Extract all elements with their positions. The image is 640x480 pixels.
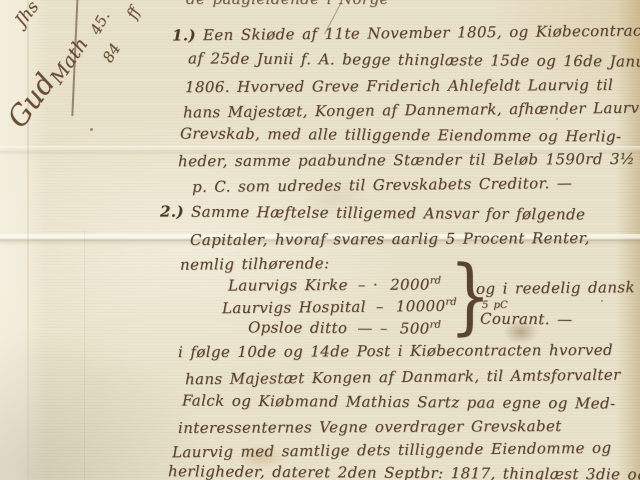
manuscript-line: i følge 10de og 14de Post i Kiøbecontrac… (178, 341, 613, 361)
dash-leader: – (376, 298, 384, 316)
margin-note: 84 (99, 40, 124, 66)
manuscript-line: af 25de Junii f. A. begge thinglæste 15d… (188, 49, 640, 70)
capital-row: Laurvigs Hospital–10000rd (222, 297, 457, 317)
dash-leader: – · (358, 276, 378, 294)
manuscript-line: nemlig tilhørende: (180, 254, 330, 274)
capital-row: Laurvigs Kirke– ·2000rd (228, 275, 441, 294)
capital-row: Opsloe ditto— –500rd (248, 318, 441, 337)
manuscript-line-top-fragment: de paagieldende i Norge (186, 0, 389, 8)
item-number: 2.) (160, 203, 184, 221)
capital-name: Opsloe ditto (248, 318, 347, 337)
manuscript-line: Falck og Kiøbmand Mathias Sartz paa egne… (182, 391, 616, 412)
manuscript-line: herligheder, dateret 2den Septbr: 1817, … (168, 462, 640, 480)
annotation-line: og i reedelig dansk (476, 278, 635, 298)
capital-amount: 2000rd (390, 275, 441, 293)
margin-note: Jhs (11, 0, 43, 31)
manuscript-line: 1806. Hvorved Greve Friderich Ahlefeldt … (185, 76, 613, 96)
manuscript-line: interessenternes Vegne overdrager Grevsk… (178, 417, 562, 437)
capital-amount: 10000rd (396, 297, 457, 316)
manuscript-line: Grevskab, med alle tilliggende Eiendomme… (180, 124, 622, 145)
manuscript-page: Jhs ff 45. 84 Math Gud de paagieldende i… (0, 0, 640, 480)
manuscript-line: p. C. som udredes til Grevskabets Credit… (192, 174, 572, 196)
capital-name: Laurvigs Kirke (228, 276, 348, 295)
manuscript-line: Laurvig med samtlige dets tilliggende Ei… (172, 439, 612, 462)
manuscript-line: Capitaler, hvoraf svares aarlig 5 Procen… (190, 229, 590, 249)
dash-leader: — – (357, 319, 388, 337)
manuscript-line: 2.)Samme Hæftelse tilligemed Ansvar for … (160, 203, 585, 224)
item-number: 1.) (172, 26, 196, 44)
manuscript-line: 1.)Een Skiøde af 11te November 1805, og … (172, 22, 640, 45)
capital-amount: 500rd (400, 319, 441, 337)
fold-crease-vertical-left (27, 0, 29, 480)
annotation-line: Courant. — (480, 310, 573, 329)
margin-note: 45. (86, 8, 113, 38)
capital-name: Laurvigs Hospital (222, 298, 366, 318)
manuscript-line: heder, samme paabundne Stænder til Beløb… (178, 150, 640, 170)
ink-speck (601, 300, 603, 302)
ink-speck (90, 128, 93, 131)
manuscript-line: hans Majestæt, Kongen af Dannemark, afhæ… (183, 98, 640, 121)
margin-note: ff (123, 4, 144, 21)
manuscript-line: hans Majestæt Kongen af Danmark, til Amt… (185, 366, 621, 389)
fold-crease-vertical-center (84, 230, 85, 480)
ink-speck (556, 118, 558, 120)
